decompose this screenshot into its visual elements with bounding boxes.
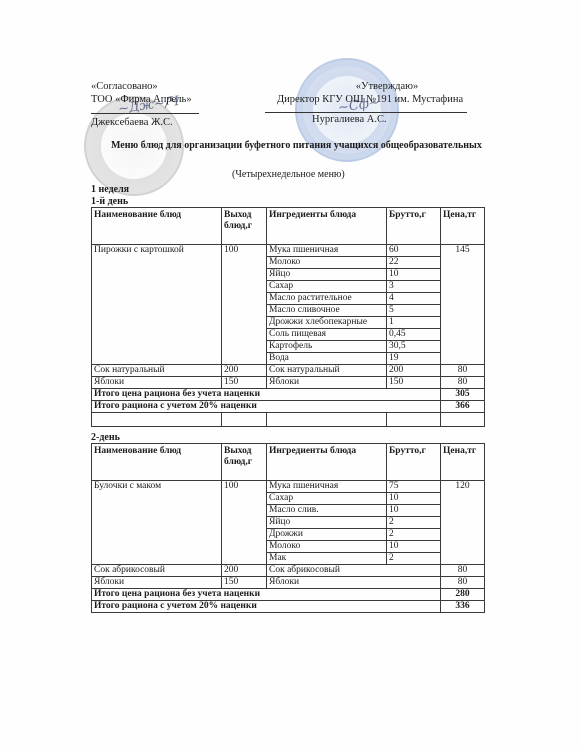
column-yield-line2: блюд,г — [224, 221, 252, 231]
ingredient-name: Картофель — [267, 341, 387, 353]
column-gross: Брутто,г — [387, 208, 441, 245]
ingredient-name: Соль пищевая — [267, 329, 387, 341]
item-row: Яблоки150Яблоки80 — [92, 577, 485, 589]
table-header-row: Наименование блюд Выходблюд,г Ингредиент… — [92, 444, 485, 481]
ingredient-gross: 10 — [387, 505, 441, 517]
agreed-label: «Согласовано» — [91, 80, 192, 93]
total-without-markup-row: Итого цена рациона без учета наценки305 — [92, 389, 485, 401]
column-yield-line1: Выход — [224, 210, 251, 220]
total-without-markup-label: Итого цена рациона без учета наценки — [92, 589, 441, 601]
item-yield: 200 — [222, 565, 267, 577]
ingredient-name: Молоко — [267, 541, 387, 553]
ingredient-gross: 4 — [387, 293, 441, 305]
column-price: Цена,тг — [441, 208, 485, 245]
ingredient-row: Булочки с маком100Мука пшеничная75120 — [92, 481, 485, 493]
total-with-markup-value: 336 — [441, 601, 485, 613]
item-name: Сок натуральный — [92, 365, 222, 377]
ingredient-gross: 3 — [387, 281, 441, 293]
ingredient-gross: 19 — [387, 353, 441, 365]
item-ingredient: Яблоки — [267, 377, 387, 389]
empty-cell — [441, 413, 485, 427]
column-yield: Выходблюд,г — [222, 208, 267, 245]
ingredient-name: Яйцо — [267, 517, 387, 529]
week-label: 1 неделя — [91, 184, 129, 195]
ingredient-name: Мука пшеничная — [267, 245, 387, 257]
ingredient-name: Дрожжи хлебопекарные — [267, 317, 387, 329]
approved-label: «Утверждаю» — [277, 80, 467, 93]
ingredient-gross: 22 — [387, 257, 441, 269]
dish-name: Пирожки с картошкой — [92, 245, 222, 365]
total-with-markup-row: Итого рациона с учетом 20% наценки336 — [92, 601, 485, 613]
item-gross: 150 — [387, 377, 441, 389]
column-yield-line2: блюд,г — [224, 457, 252, 467]
ingredient-name: Мука пшеничная — [267, 481, 387, 493]
ingredient-gross: 0,45 — [387, 329, 441, 341]
ingredient-name: Вода — [267, 353, 387, 365]
approval-block: «Утверждаю» Директор КГУ ОШ №191 им. Мус… — [277, 80, 467, 106]
empty-row — [92, 413, 485, 427]
item-row: Сок абрикосовый200Сок абрикосовый80 — [92, 565, 485, 577]
item-ingredient: Сок абрикосовый — [267, 565, 441, 577]
ingredient-gross: 10 — [387, 269, 441, 281]
ingredient-gross: 2 — [387, 553, 441, 565]
item-gross: 200 — [387, 365, 441, 377]
ingredient-name: Масло растительное — [267, 293, 387, 305]
empty-cell — [92, 413, 222, 427]
total-without-markup-label: Итого цена рациона без учета наценки — [92, 389, 441, 401]
ingredient-gross: 5 — [387, 305, 441, 317]
day-2-menu-table: Наименование блюд Выходблюд,г Ингредиент… — [91, 443, 485, 613]
ingredient-name: Дрожжи — [267, 529, 387, 541]
column-dish: Наименование блюд — [92, 444, 222, 481]
total-without-markup-row: Итого цена рациона без учета наценки280 — [92, 589, 485, 601]
dish-price: 145 — [441, 245, 485, 365]
ingredient-name: Сахар — [267, 281, 387, 293]
item-ingredient: Сок натуральный — [267, 365, 387, 377]
day-1-menu-table: Наименование блюд Выходблюд,г Ингредиент… — [91, 207, 485, 427]
ingredient-name: Сахар — [267, 493, 387, 505]
total-with-markup-label: Итого рациона с учетом 20% наценки — [92, 601, 441, 613]
total-without-markup-value: 305 — [441, 389, 485, 401]
document-title: Меню блюд для организации буфетного пита… — [111, 140, 482, 151]
column-yield-line1: Выход — [224, 446, 251, 456]
ingredient-name: Яйцо — [267, 269, 387, 281]
left-signer-name: Джексебаева Ж.С. — [91, 116, 173, 129]
empty-cell — [222, 413, 267, 427]
item-row: Сок натуральный200Сок натуральный20080 — [92, 365, 485, 377]
ingredient-gross: 1 — [387, 317, 441, 329]
item-price: 80 — [441, 565, 485, 577]
organization-name: ТОО «Фирма Апрель» — [91, 93, 192, 106]
item-yield: 200 — [222, 365, 267, 377]
column-price: Цена,тг — [441, 444, 485, 481]
item-name: Яблоки — [92, 377, 222, 389]
day-2-label: 2-день — [91, 432, 120, 443]
column-dish: Наименование блюд — [92, 208, 222, 245]
column-yield: Выходблюд,г — [222, 444, 267, 481]
item-row: Яблоки150Яблоки15080 — [92, 377, 485, 389]
ingredient-name: Мак — [267, 553, 387, 565]
ingredient-gross: 30,5 — [387, 341, 441, 353]
column-gross: Брутто,г — [387, 444, 441, 481]
table-header-row: Наименование блюд Выходблюд,г Ингредиент… — [92, 208, 485, 245]
dish-price: 120 — [441, 481, 485, 565]
dish-yield: 100 — [222, 481, 267, 565]
column-ingredients: Ингредиенты блюда — [267, 444, 387, 481]
ingredient-gross: 2 — [387, 517, 441, 529]
ingredient-row: Пирожки с картошкой100Мука пшеничная6014… — [92, 245, 485, 257]
total-with-markup-row: Итого рациона с учетом 20% наценки366 — [92, 401, 485, 413]
ingredient-name: Масло сливочное — [267, 305, 387, 317]
ingredient-gross: 60 — [387, 245, 441, 257]
ingredient-gross: 2 — [387, 529, 441, 541]
item-name: Яблоки — [92, 577, 222, 589]
column-ingredients: Ингредиенты блюда — [267, 208, 387, 245]
ingredient-gross: 75 — [387, 481, 441, 493]
item-name: Сок абрикосовый — [92, 565, 222, 577]
item-price: 80 — [441, 577, 485, 589]
agreement-block: «Согласовано» ТОО «Фирма Апрель» — [91, 80, 192, 106]
left-signature-line — [91, 113, 199, 114]
total-without-markup-value: 280 — [441, 589, 485, 601]
item-price: 80 — [441, 365, 485, 377]
total-with-markup-value: 366 — [441, 401, 485, 413]
day-1-label: 1-й день — [91, 196, 128, 207]
empty-cell — [387, 413, 441, 427]
item-price: 80 — [441, 377, 485, 389]
item-ingredient: Яблоки — [267, 577, 441, 589]
ingredient-gross: 10 — [387, 493, 441, 505]
dish-name: Булочки с маком — [92, 481, 222, 565]
empty-cell — [267, 413, 387, 427]
total-with-markup-label: Итого рациона с учетом 20% наценки — [92, 401, 441, 413]
ingredient-name: Масло слив. — [267, 505, 387, 517]
dish-yield: 100 — [222, 245, 267, 365]
ingredient-name: Молоко — [267, 257, 387, 269]
ingredient-gross: 10 — [387, 541, 441, 553]
director-position: Директор КГУ ОШ №191 им. Мустафина — [277, 93, 467, 106]
item-yield: 150 — [222, 377, 267, 389]
right-signer-name: Нургалиева А.С. — [312, 113, 387, 126]
document-subtitle: (Четырехнедельное меню) — [232, 169, 345, 180]
item-yield: 150 — [222, 577, 267, 589]
